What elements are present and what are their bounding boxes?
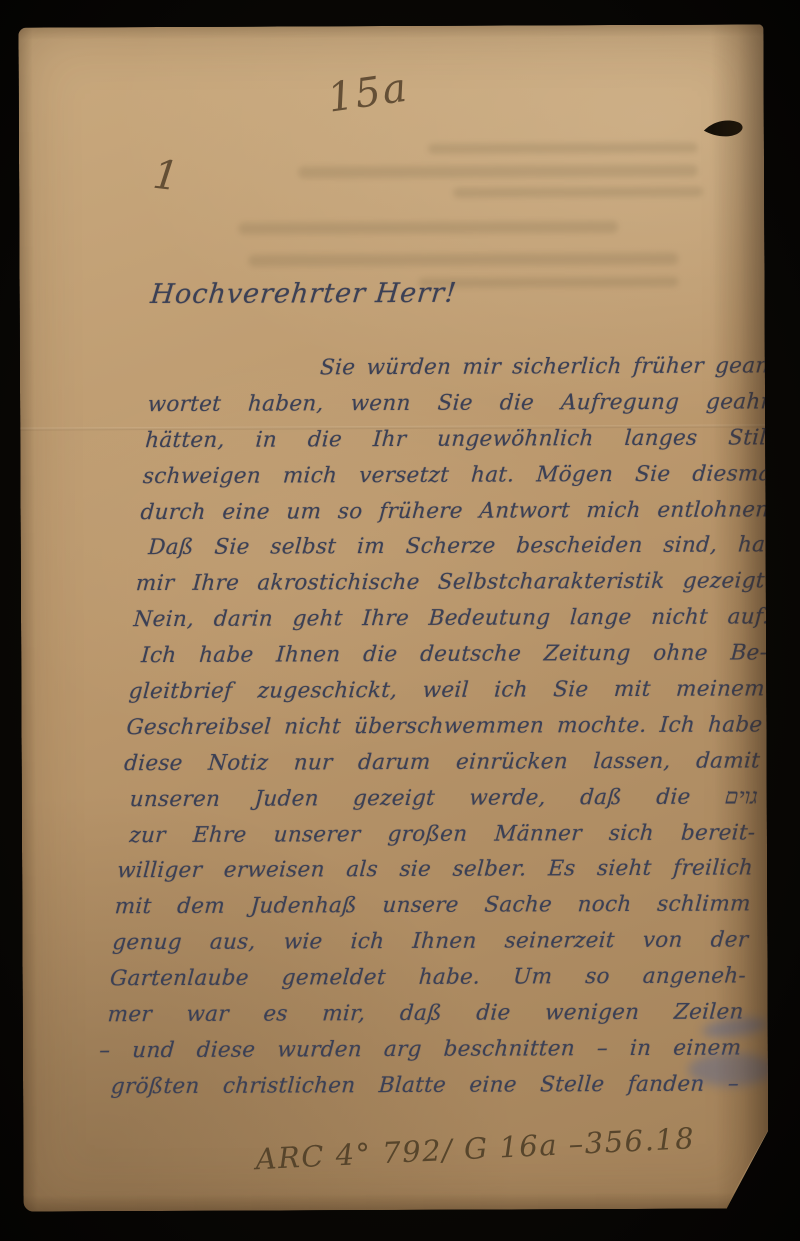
handwritten-line: Nein, darin geht Ihre Bedeutung lange ni… (132, 600, 770, 639)
handwritten-line: Geschreibsel nicht überschwemmen mochte.… (125, 707, 763, 746)
ink-blot (702, 116, 746, 140)
handwritten-line: schweigen mich versetzt hat. Mögen Sie d… (142, 456, 780, 495)
bleedthrough-smudge (238, 221, 618, 235)
bleedthrough-smudge (428, 143, 698, 154)
handwritten-line: Ich habe Ihnen die deutsche Zeitung ohne… (130, 635, 768, 674)
bleedthrough-smudge (453, 187, 703, 198)
letter-body: Sie würden mir sicherlich früher geant-w… (102, 348, 787, 1105)
handwritten-line: diese Notiz nur darum einrücken lassen, … (123, 743, 761, 782)
handwritten-line: mer war es mir, daß die wenigen Zeilen (106, 995, 744, 1034)
bleedthrough-smudge (248, 253, 678, 267)
handwritten-line: zur Ehre unserer großen Männer sich bere… (118, 815, 756, 854)
handwritten-line: durch eine um so frühere Antwort mich en… (139, 492, 777, 531)
handwritten-line: größten christlichen Blatte eine Stelle … (102, 1066, 740, 1105)
letter-page: 15a 1 ARC 4° 792/ G 16a –356.18 Hochvere… (18, 24, 768, 1211)
handwritten-line: Gartenlaube gemeldet habe. Um so angeneh… (109, 959, 747, 998)
handwritten-line: hätten, in die Ihr ungewöhnlich langes S… (144, 420, 782, 459)
salutation-line: Hochverehrter Herr! (149, 278, 458, 310)
handwritten-line: Sie würden mir sicherlich früher geant- (149, 348, 787, 387)
folio-number: 15a (325, 65, 412, 122)
handwritten-line: unseren Juden gezeigt werde, daß die גוי… (121, 779, 759, 818)
handwritten-line: williger erweisen als sie selber. Es sie… (116, 851, 754, 890)
handwritten-line: Daß Sie selbst im Scherze bescheiden sin… (137, 528, 775, 567)
handwritten-line: wortet haben, wenn Sie die Aufregung gea… (146, 384, 784, 423)
handwritten-line: gleitbrief zugeschickt, weil ich Sie mit… (128, 671, 766, 710)
scanned-letter-page: { "document": { "annotations": { "folio_… (0, 0, 800, 1241)
handwritten-line: mit dem Judenhaß unsere Sache noch schli… (114, 887, 752, 926)
ink-smudge (688, 1052, 774, 1086)
bleedthrough-smudge (298, 165, 698, 179)
handwritten-line: mir Ihre akrostichische Selbstcharakteri… (135, 564, 773, 603)
shelfmark: ARC 4° 792/ G 16a –356.18 (255, 1121, 696, 1176)
handwritten-line: – und diese wurden arg beschnitten – in … (104, 1030, 742, 1069)
page-marker: 1 (150, 152, 181, 201)
handwritten-line: genug aus, wie ich Ihnen seinerzeit von … (111, 923, 749, 962)
